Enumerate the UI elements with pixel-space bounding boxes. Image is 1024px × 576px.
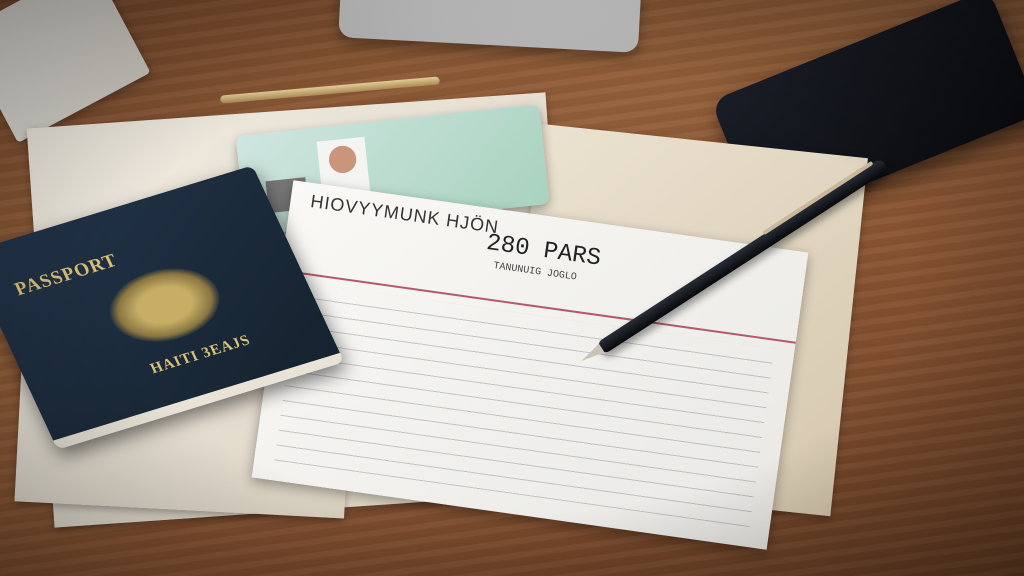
form-lines <box>274 282 774 527</box>
passport-title: PASSPORT <box>11 250 121 301</box>
